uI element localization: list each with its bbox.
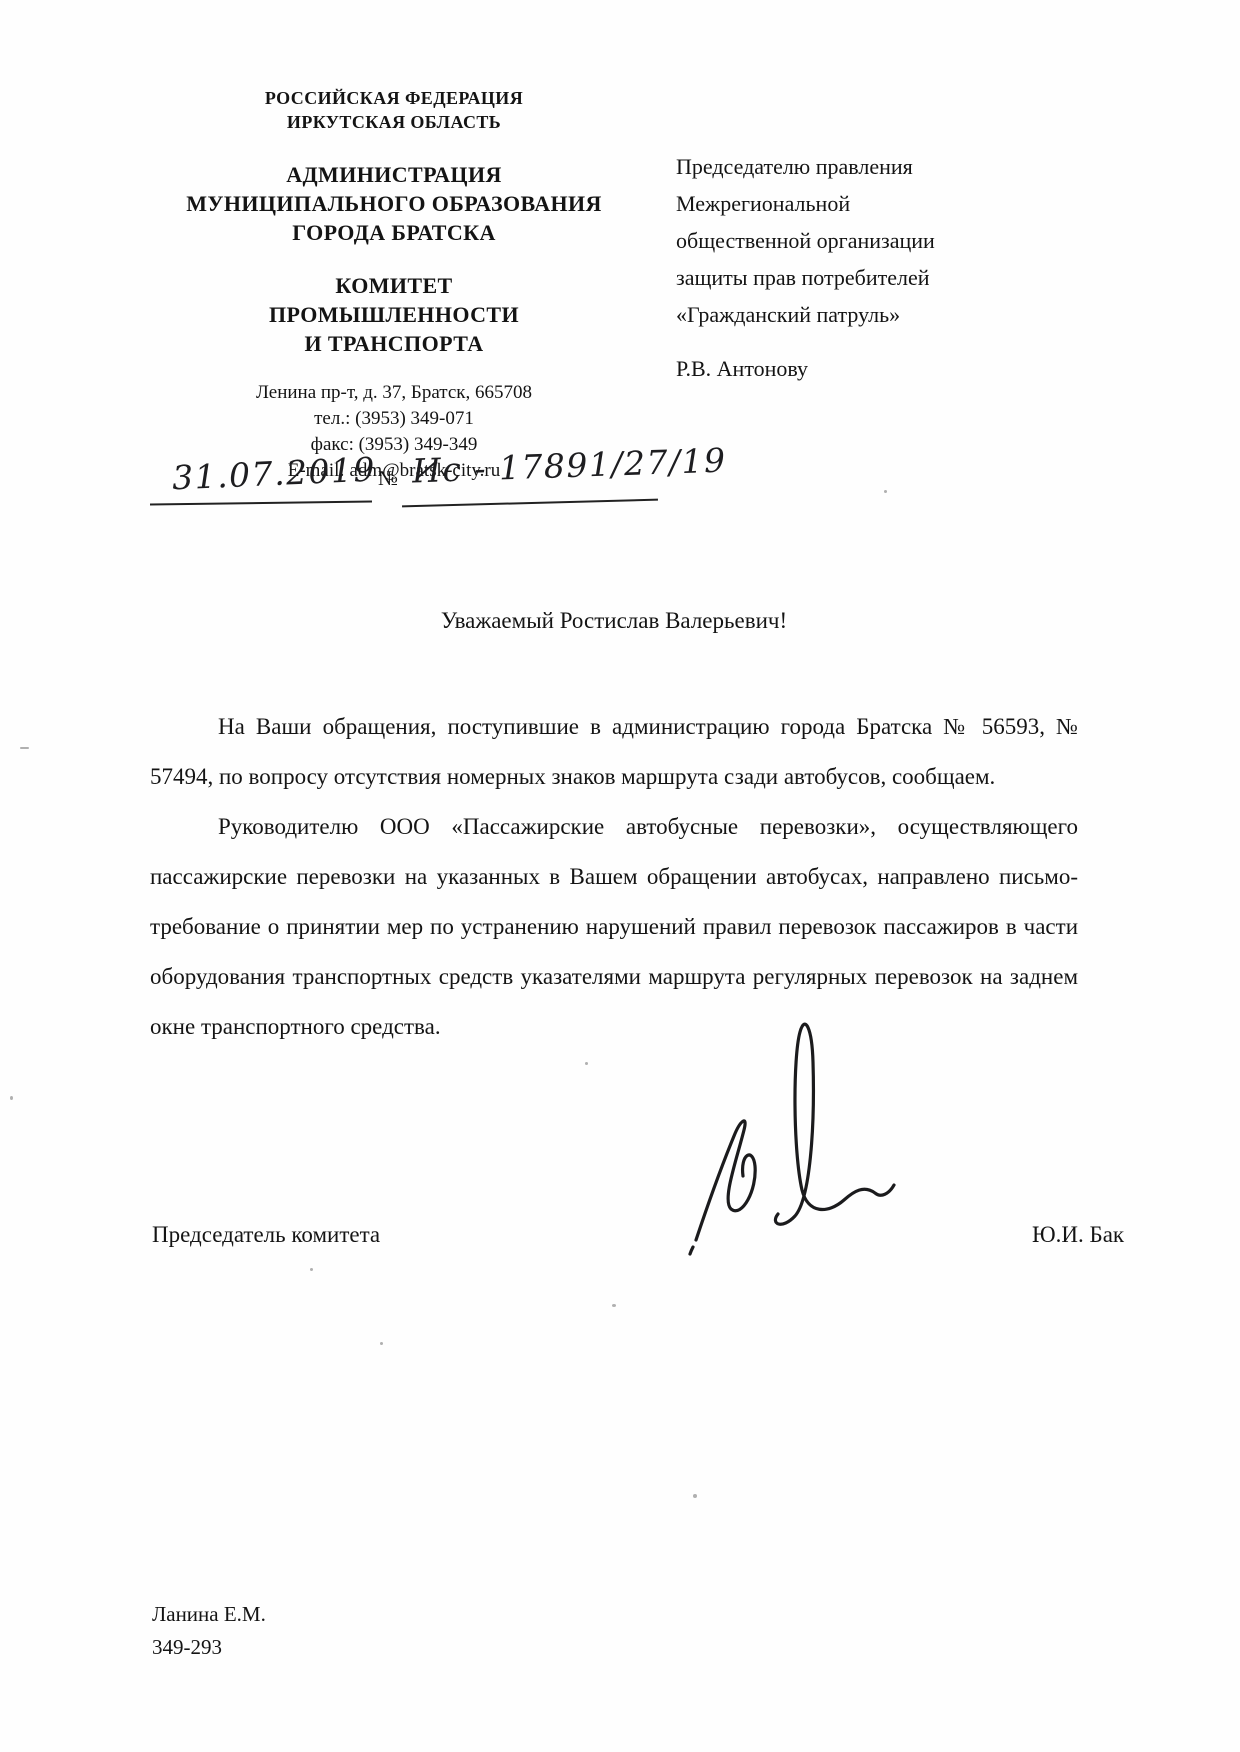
letterhead-country: РОССИЙСКАЯ ФЕДЕРАЦИЯ (158, 86, 630, 110)
recipient-line: общественной организации (676, 222, 1026, 259)
letterhead-dept-line1: КОМИТЕТ (158, 271, 630, 300)
signature-scribble-icon (682, 1008, 897, 1260)
letterhead-phone: тел.: (3953) 349-071 (158, 406, 630, 432)
scan-speckle (380, 1342, 383, 1345)
recipient-line: защиты прав потребителей (676, 259, 1026, 296)
salutation: Уважаемый Ростислав Валерьевич! (150, 608, 1078, 634)
recipient-line: Межрегиональной (676, 185, 1026, 222)
letterhead-org-line3: ГОРОДА БРАТСКА (158, 218, 630, 247)
executor-phone: 349-293 (152, 1631, 266, 1664)
signer-name: Ю.И. Бак (1032, 1222, 1124, 1248)
scan-speckle (20, 747, 29, 749)
recipient-block: Председателю правления Межрегиональной о… (676, 148, 1026, 387)
handwritten-date: 31.07.2019 (171, 450, 376, 498)
scan-speckle (612, 1304, 616, 1307)
letterhead-org-line2: МУНИЦИПАЛЬНОГО ОБРАЗОВАНИЯ (158, 189, 630, 218)
date-underline (150, 500, 372, 505)
letterhead-department: КОМИТЕТ ПРОМЫШЛЕННОСТИ И ТРАНСПОРТА (158, 271, 630, 358)
scan-speckle (884, 490, 887, 493)
scan-speckle (585, 1062, 588, 1065)
number-sign: № (378, 466, 398, 491)
scan-speckle (693, 1494, 697, 1498)
letterhead-dept-line2: ПРОМЫШЛЕННОСТИ (158, 300, 630, 329)
body-paragraph-2: Руководителю ООО «Пассажирские автобусны… (150, 802, 1078, 1052)
body-paragraph-1: На Ваши обращения, поступившие в админис… (150, 702, 1078, 802)
scan-speckle (310, 1268, 313, 1271)
handwritten-outgoing-number: Ис - 17891/27/19 (411, 441, 727, 491)
letterhead-organization: АДМИНИСТРАЦИЯ МУНИЦИПАЛЬНОГО ОБРАЗОВАНИЯ… (158, 160, 630, 247)
scan-speckle (10, 1096, 13, 1100)
recipient-line: Председателю правления (676, 148, 1026, 185)
letter-body: На Ваши обращения, поступившие в админис… (150, 702, 1078, 1052)
number-underline (402, 499, 658, 508)
letterhead-dept-line3: И ТРАНСПОРТА (158, 329, 630, 358)
signer-position-title: Председатель комитета (152, 1222, 380, 1248)
letterhead-region: ИРКУТСКАЯ ОБЛАСТЬ (158, 110, 630, 134)
recipient-line: «Гражданский патруль» (676, 296, 1026, 333)
reference-row: 31.07.2019 № Ис - 17891/27/19 (150, 448, 710, 518)
scanned-letter-page: РОССИЙСКАЯ ФЕДЕРАЦИЯ ИРКУТСКАЯ ОБЛАСТЬ А… (0, 0, 1240, 1752)
recipient-name: Р.В. Антонову (676, 350, 1026, 387)
executor-name: Ланина Е.М. (152, 1598, 266, 1631)
letterhead-org-line1: АДМИНИСТРАЦИЯ (158, 160, 630, 189)
letterhead-address: Ленина пр-т, д. 37, Братск, 665708 (158, 380, 630, 406)
letterhead: РОССИЙСКАЯ ФЕДЕРАЦИЯ ИРКУТСКАЯ ОБЛАСТЬ А… (158, 86, 630, 484)
executor-block: Ланина Е.М. 349-293 (152, 1598, 266, 1664)
